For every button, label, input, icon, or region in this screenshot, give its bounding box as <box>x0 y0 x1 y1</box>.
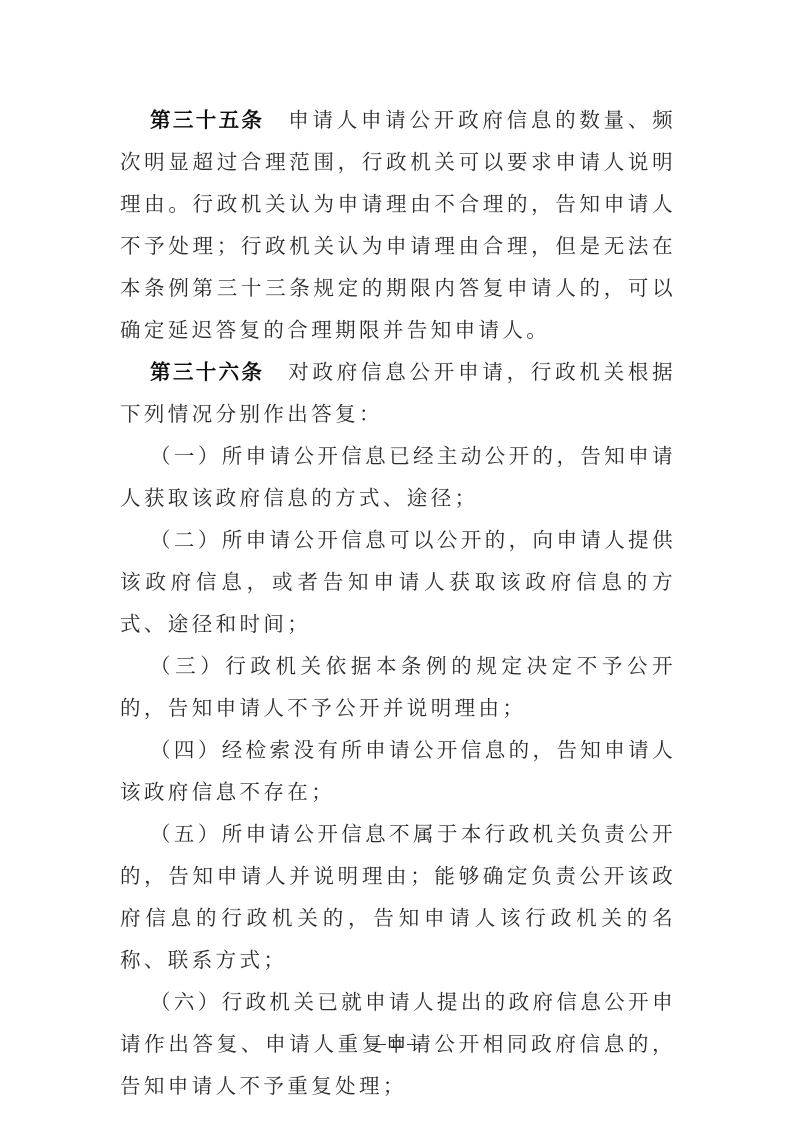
article-number: 第三十五条 <box>150 108 264 132</box>
dash-right <box>407 1044 421 1046</box>
article-number: 第三十六条 <box>150 360 264 384</box>
article-text: 申请人申请公开政府信息的数量、频次明显超过合理范围，行政机关可以要求申请人说明理… <box>120 108 676 342</box>
dash-left <box>372 1044 386 1046</box>
list-item-4: （四）经检索没有所申请公开信息的，告知申请人该政府信息不存在； <box>120 729 676 813</box>
article-35: 第三十五条申请人申请公开政府信息的数量、频次明显超过合理范围，行政机关可以要求申… <box>120 99 676 351</box>
page-footer: 11 <box>0 1036 793 1051</box>
list-item-3: （三）行政机关依据本条例的规定决定不予公开的，告知申请人不予公开并说明理由； <box>120 645 676 729</box>
document-page: 第三十五条申请人申请公开政府信息的数量、频次明显超过合理范围，行政机关可以要求申… <box>120 99 676 1107</box>
list-item-2: （二）所申请公开信息可以公开的，向申请人提供该政府信息，或者告知申请人获取该政府… <box>120 519 676 645</box>
list-item-5: （五）所申请公开信息不属于本行政机关负责公开的，告知申请人并说明理由；能够确定负… <box>120 813 676 981</box>
article-36: 第三十六条对政府信息公开申请，行政机关根据下列情况分别作出答复： <box>120 351 676 435</box>
page-number: 11 <box>390 1036 404 1051</box>
list-item-1: （一）所申请公开信息已经主动公开的，告知申请人获取该政府信息的方式、途径； <box>120 435 676 519</box>
